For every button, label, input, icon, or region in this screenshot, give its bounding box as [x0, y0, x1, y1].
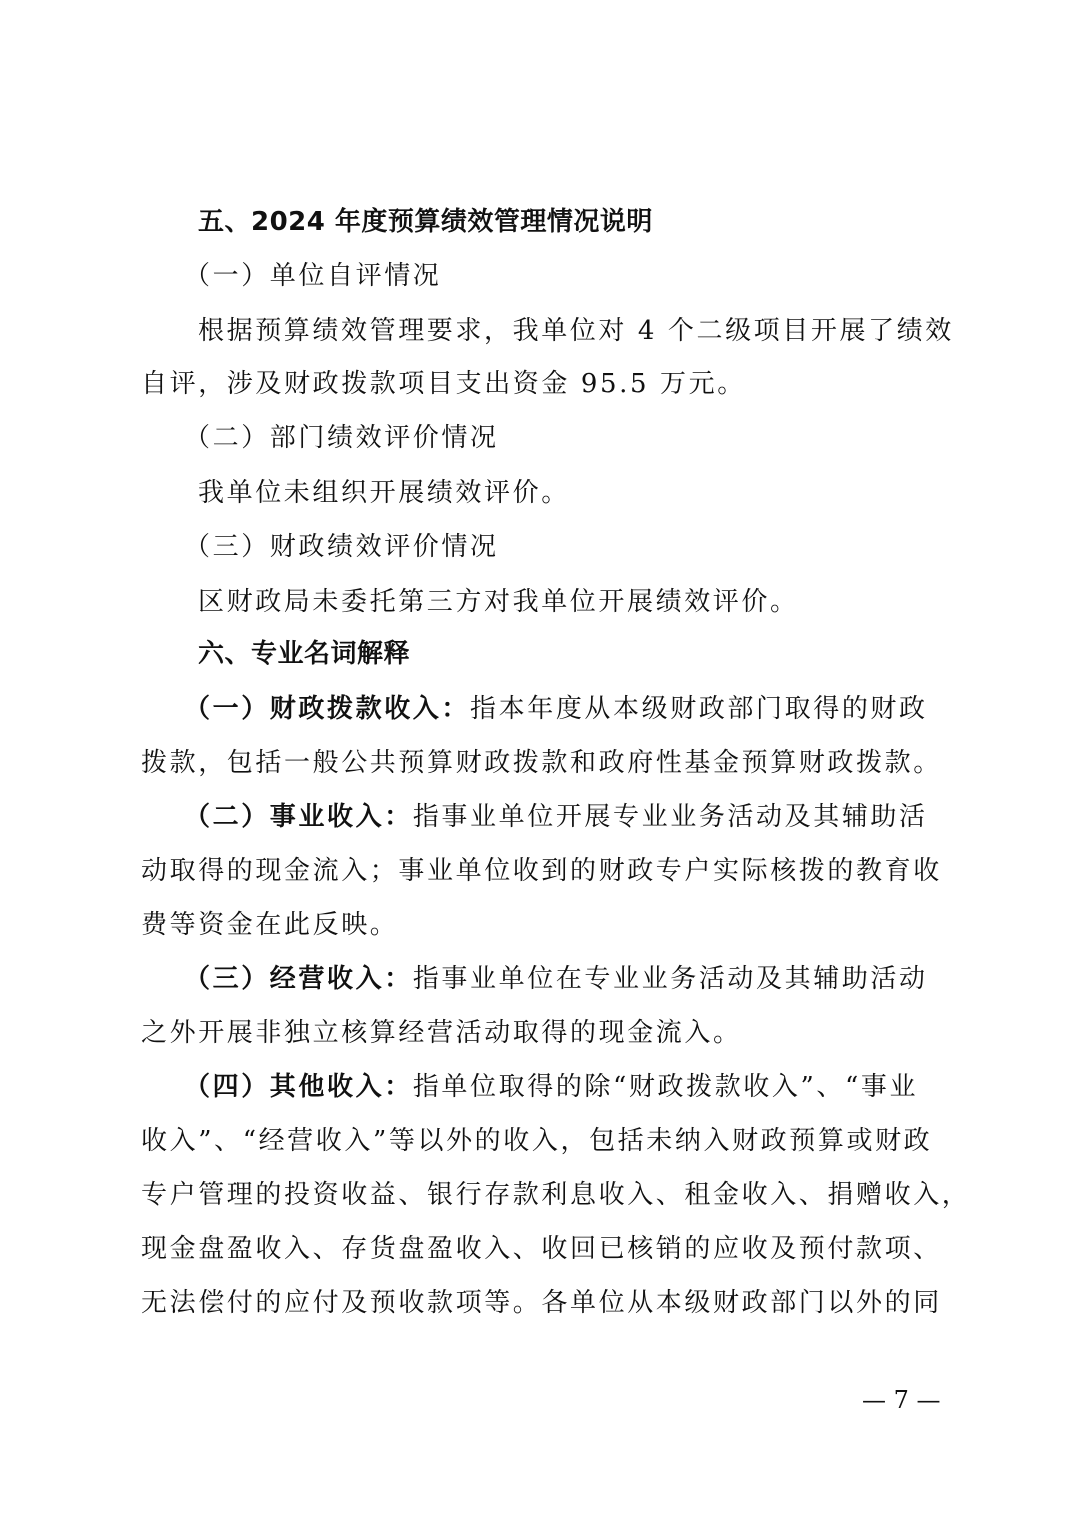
- subsection-finance-evaluation-heading: （三）财政绩效评价情况: [184, 531, 984, 563]
- paragraph-line: 拨款，包括一般公共预算财政拨款和政府性基金预算财政拨款。: [141, 747, 941, 779]
- definition-text: 指事业单位在专业业务活动及其辅助活动: [413, 964, 928, 994]
- definition-term: （三）经营收入：: [184, 964, 413, 994]
- subsection-self-evaluation-heading: （一）单位自评情况: [184, 260, 984, 292]
- definition-text: 指单位取得的除“财政拨款收入”、“事业: [413, 1072, 918, 1102]
- paragraph-line: 专户管理的投资收益、银行存款利息收入、租金收入、捐赠收入，: [141, 1179, 941, 1211]
- paragraph-line: 自评，涉及财政拨款项目支出资金 95.5 万元。: [141, 368, 941, 400]
- section-6-title: 六、专业名词解释: [198, 638, 998, 670]
- paragraph-line: 现金盘盈收入、存货盘盈收入、收回已核销的应收及预付款项、: [141, 1233, 941, 1265]
- definition-text: 指本年度从本级财政部门取得的财政: [470, 694, 928, 724]
- document-page: 五、2024 年度预算绩效管理情况说明 （一）单位自评情况 根据预算绩效管理要求…: [0, 0, 1075, 1520]
- definition-term: （一）财政拨款收入：: [184, 694, 470, 724]
- definition-fiscal-appropriation: （一）财政拨款收入：指本年度从本级财政部门取得的财政: [184, 693, 984, 725]
- paragraph-line: 我单位未组织开展绩效评价。: [198, 477, 998, 509]
- paragraph-line: 无法偿付的应付及预收款项等。各单位从本级财政部门以外的同: [141, 1287, 941, 1319]
- paragraph-line: 之外开展非独立核算经营活动取得的现金流入。: [141, 1017, 941, 1049]
- definition-operating-income: （三）经营收入：指事业单位在专业业务活动及其辅助活动: [184, 963, 984, 995]
- subsection-dept-evaluation-heading: （二）部门绩效评价情况: [184, 422, 984, 454]
- definition-term: （二）事业收入：: [184, 802, 413, 832]
- definition-business-income: （二）事业收入：指事业单位开展专业业务活动及其辅助活: [184, 801, 984, 833]
- definition-other-income: （四）其他收入：指单位取得的除“财政拨款收入”、“事业: [184, 1071, 984, 1103]
- section-5-title: 五、2024 年度预算绩效管理情况说明: [198, 206, 998, 238]
- paragraph-line: 收入”、“经营收入”等以外的收入，包括未纳入财政预算或财政: [141, 1125, 941, 1157]
- definition-term: （四）其他收入：: [184, 1072, 413, 1102]
- page-number: — 7 —: [862, 1385, 941, 1415]
- paragraph-line: 根据预算绩效管理要求，我单位对 4 个二级项目开展了绩效: [198, 315, 998, 347]
- definition-text: 指事业单位开展专业业务活动及其辅助活: [413, 802, 928, 832]
- paragraph-line: 区财政局未委托第三方对我单位开展绩效评价。: [198, 586, 998, 618]
- paragraph-line: 费等资金在此反映。: [141, 909, 941, 941]
- paragraph-line: 动取得的现金流入；事业单位收到的财政专户实际核拨的教育收: [141, 855, 941, 887]
